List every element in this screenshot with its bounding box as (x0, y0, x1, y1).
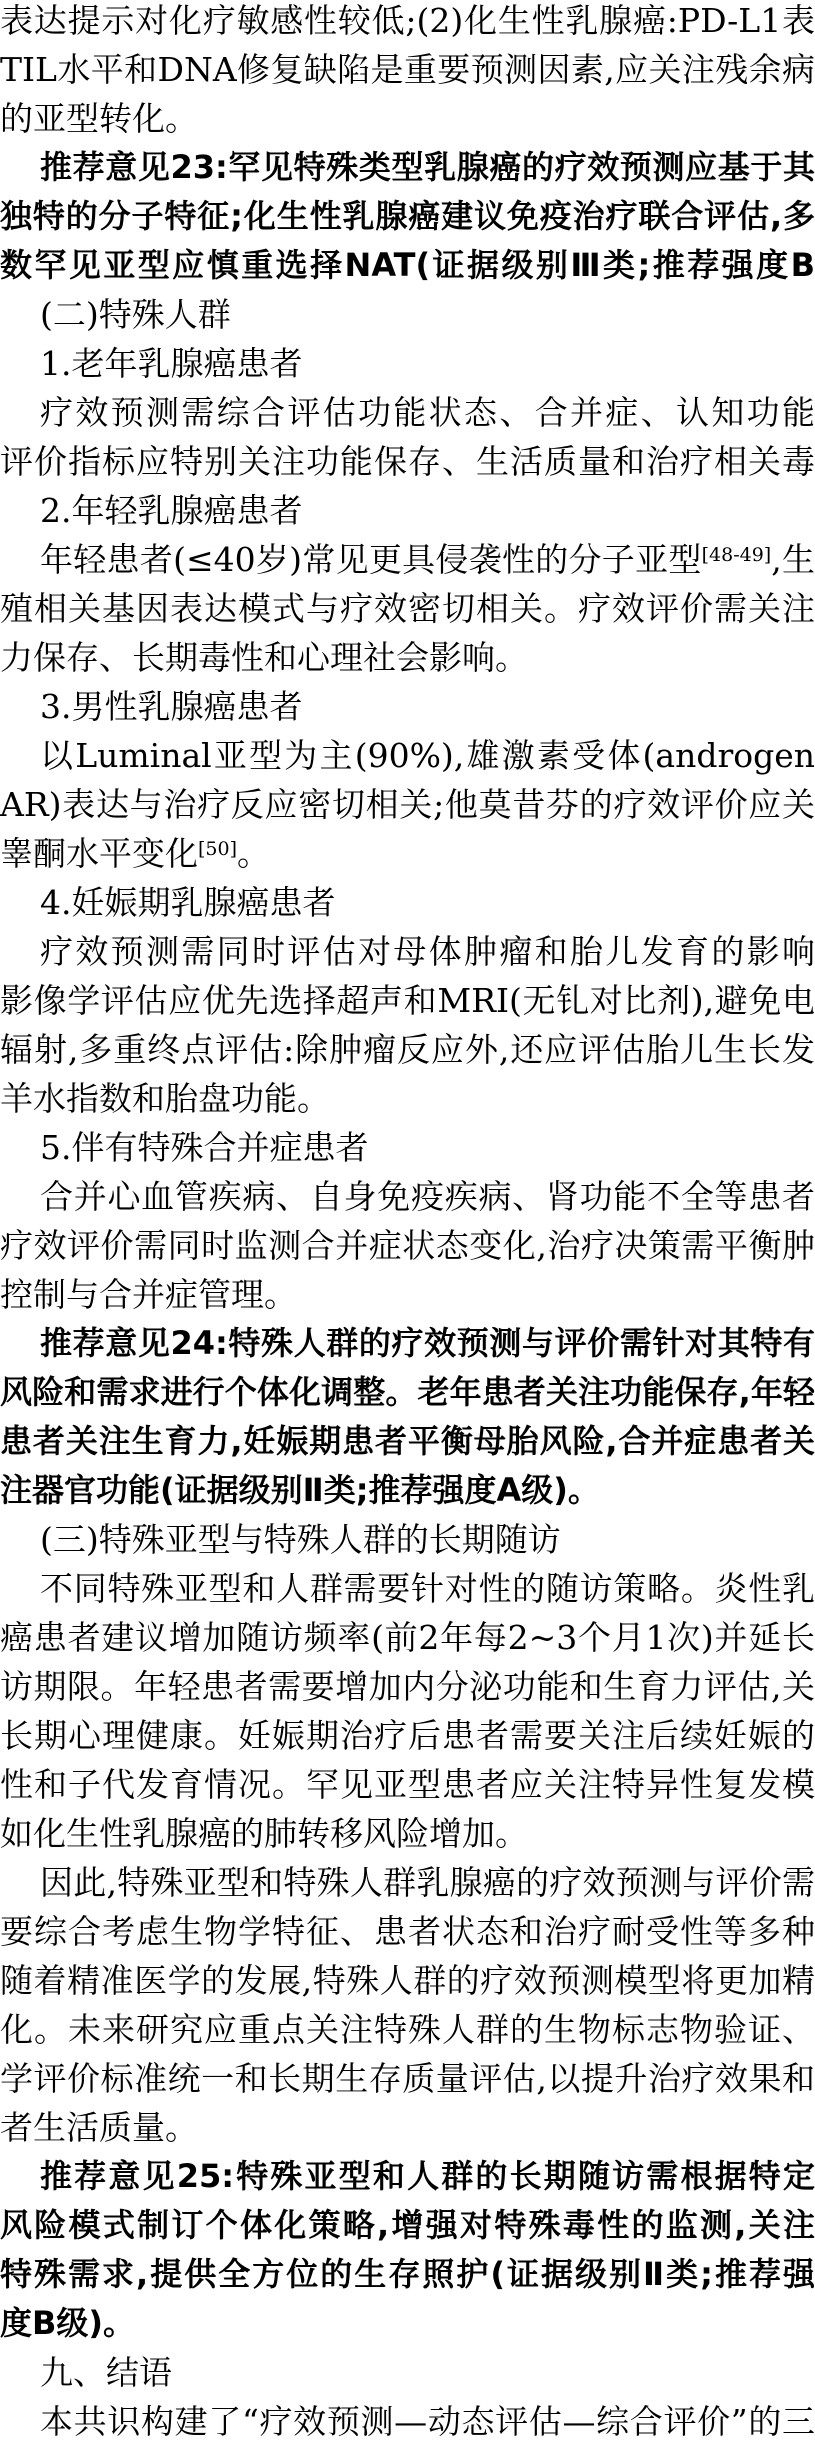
body-line: 不同特殊亚型和人群需要针对性的随访策略。炎性乳腺 (0, 1564, 815, 1613)
body-line: 疗效评价需同时监测合并症状态变化,治疗决策需平衡肿瘤 (0, 1221, 815, 1270)
body-line: AR)表达与治疗反应密切相关;他莫昔芬的疗效评价应关注 (0, 780, 815, 829)
body-line: 访期限。年轻患者需要增加内分泌功能和生育力评估,关注 (0, 1662, 815, 1711)
body-line: 合并心血管疾病、自身免疫疾病、肾功能不全等患者的 (0, 1172, 815, 1221)
body-line: 癌患者建议增加随访频率(前2年每2~3个月1次)并延长随 (0, 1613, 815, 1662)
body-line: 羊水指数和胎盘功能。 (0, 1074, 815, 1123)
body-line: 如化生性乳腺癌的肺转移风险增加。 (0, 1809, 815, 1858)
recommendation-line: 患者关注生育力,妊娠期患者平衡母胎风险,合并症患者关 (0, 1417, 815, 1466)
body-line: 控制与合并症管理。 (0, 1270, 815, 1319)
recommendation-line: 数罕见亚型应慎重选择NAT(证据级别Ⅲ类;推荐强度B级)。 (0, 241, 815, 290)
reference-superscript: [48-49] (702, 544, 772, 566)
body-line: 辐射,多重终点评估:除肿瘤反应外,还应评估胎儿生长发育、 (0, 1025, 815, 1074)
body-line: TIL水平和DNA修复缺陷是重要预测因素,应关注残余病灶 (0, 45, 815, 94)
body-line: 化。未来研究应重点关注特殊人群的生物标志物验证、影像 (0, 2005, 815, 2054)
body-line: 殖相关基因表达模式与疗效密切相关。疗效评价需关注生育 (0, 584, 815, 633)
body-line: 力保存、长期毒性和心理社会影响。 (0, 633, 815, 682)
recommendation-line: 注器官功能(证据级别Ⅱ类;推荐强度A级)。 (0, 1466, 815, 1515)
body-line: 疗效预测需综合评估功能状态、合并症、认知功能等。 (0, 388, 815, 437)
body-line: 因此,特殊亚型和特殊人群乳腺癌的疗效预测与评价需 (0, 1858, 815, 1907)
subsection-heading: 5.伴有特殊合并症患者 (0, 1123, 815, 1172)
section-heading: (三)特殊亚型与特殊人群的长期随访 (0, 1515, 815, 1564)
body-line: 以Luminal亚型为主(90%),雄激素受体(androgen recepto… (0, 731, 815, 780)
body-line: 的亚型转化。 (0, 94, 815, 143)
subsection-heading: 1.老年乳腺癌患者 (0, 339, 815, 388)
document-page: 表达提示对化疗敏感性较低;(2)化生性乳腺癌:PD-L1表达、TIL水平和DNA… (0, 0, 815, 2450)
body-line: 者生活质量。 (0, 2103, 815, 2152)
body-line: 影像学评估应优先选择超声和MRI(无钆对比剂),避免电离 (0, 976, 815, 1025)
recommendation-line: 度B级)。 (0, 2299, 815, 2348)
text-column: 表达提示对化疗敏感性较低;(2)化生性乳腺癌:PD-L1表达、TIL水平和DNA… (0, 0, 815, 2446)
body-line: 学评价标准统一和长期生存质量评估,以提升治疗效果和患 (0, 2054, 815, 2103)
body-line: 长期心理健康。妊娠期治疗后患者需要关注后续妊娠的安全 (0, 1711, 815, 1760)
subsection-heading: 4.妊娠期乳腺癌患者 (0, 878, 815, 927)
body-line: 睾酮水平变化[50]。 (0, 829, 815, 878)
recommendation-line: 推荐意见24:特殊人群的疗效预测与评价需针对其特有 (0, 1319, 815, 1368)
body-line: 疗效预测需同时评估对母体肿瘤和胎儿发育的影响[51], (0, 927, 815, 976)
body-line: 本共识构建了“疗效预测—动态评估—综合评价”的三 (0, 2397, 815, 2446)
subsection-heading: 3.男性乳腺癌患者 (0, 682, 815, 731)
body-line: 性和子代发育情况。罕见亚型患者应关注特异性复发模式, (0, 1760, 815, 1809)
recommendation-line: 风险和需求进行个体化调整。老年患者关注功能保存,年轻 (0, 1368, 815, 1417)
reference-superscript: [50] (198, 838, 237, 860)
body-line: 年轻患者(≤40岁)常见更具侵袭性的分子亚型[48-49],生 (0, 535, 815, 584)
body-line: 随着精准医学的发展,特殊人群的疗效预测模型将更加精细 (0, 1956, 815, 2005)
body-line: 表达提示对化疗敏感性较低;(2)化生性乳腺癌:PD-L1表达、 (0, 0, 815, 45)
section-heading: 九、结语 (0, 2348, 815, 2397)
recommendation-line: 独特的分子特征;化生性乳腺癌建议免疫治疗联合评估,多 (0, 192, 815, 241)
section-heading: (二)特殊人群 (0, 290, 815, 339)
body-line: 评价指标应特别关注功能保存、生活质量和治疗相关毒性。 (0, 437, 815, 486)
body-line: 要综合考虑生物学特征、患者状态和治疗耐受性等多种因素。 (0, 1907, 815, 1956)
recommendation-line: 风险模式制订个体化策略,增强对特殊毒性的监测,关注 (0, 2201, 815, 2250)
recommendation-line: 特殊需求,提供全方位的生存照护(证据级别Ⅱ类;推荐强 (0, 2250, 815, 2299)
recommendation-line: 推荐意见25:特殊亚型和人群的长期随访需根据特定 (0, 2152, 815, 2201)
recommendation-line: 推荐意见23:罕见特殊类型乳腺癌的疗效预测应基于其 (0, 143, 815, 192)
subsection-heading: 2.年轻乳腺癌患者 (0, 486, 815, 535)
